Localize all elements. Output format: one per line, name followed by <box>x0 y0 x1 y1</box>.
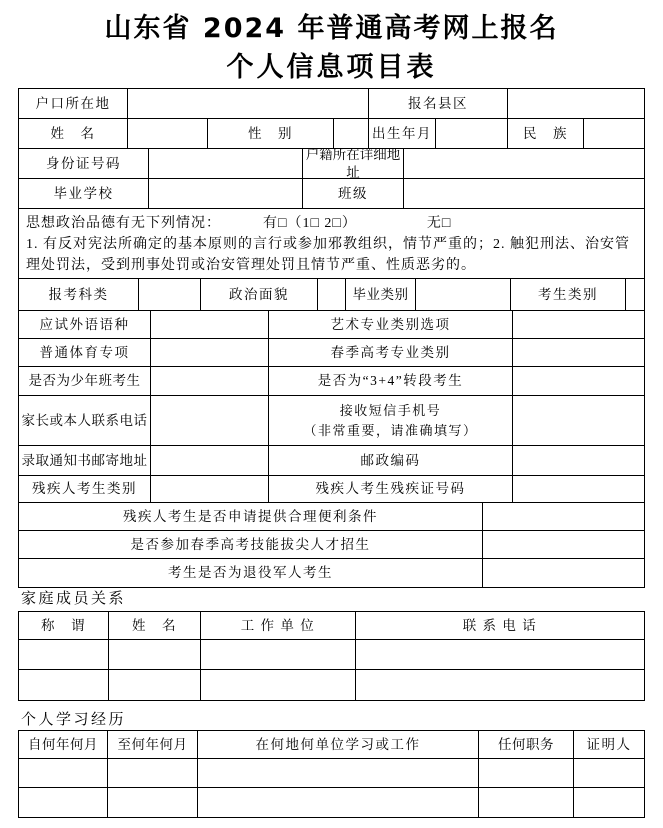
row-sports-specialty: 普通体育专项 春季高考专业类别 <box>19 339 644 367</box>
input-disability-cert-number[interactable] <box>513 476 644 502</box>
study-row <box>19 788 644 817</box>
input-sports-specialty[interactable] <box>151 339 269 366</box>
label-birth-date: 出生年月 <box>369 119 436 148</box>
label-youth-class: 是否为少年班考生 <box>19 367 151 395</box>
family-row <box>19 670 644 700</box>
input-three-plus-four[interactable] <box>513 367 644 395</box>
input-graduation-category[interactable] <box>416 279 511 310</box>
row-foreign-language: 应试外语语种 艺术专业类别选项 <box>19 311 644 339</box>
family-cell-relation[interactable] <box>19 640 109 669</box>
input-political-status[interactable] <box>318 279 346 310</box>
study-cell-position[interactable] <box>479 759 574 787</box>
family-members-table: 称 谓 姓 名 工 作 单 位 联 系 电 话 <box>18 611 645 701</box>
input-hukou-location[interactable] <box>128 89 369 118</box>
label-contact-phone: 家长或本人联系电话 <box>19 396 151 445</box>
study-header-position: 任何职务 <box>479 731 574 758</box>
family-header-phone: 联 系 电 话 <box>356 612 644 639</box>
family-header-workplace: 工 作 单 位 <box>201 612 356 639</box>
row-disability-category: 残疾人考生类别 残疾人考生残疾证号码 <box>19 476 644 503</box>
input-birth-date[interactable] <box>436 119 508 148</box>
label-sms-phone: 接收短信手机号 （非常重要，请准确填写） <box>269 396 513 445</box>
input-name[interactable] <box>128 119 208 148</box>
form-page: 山东省 2024 年普通高考网上报名 个人信息项目表 户口所在地 报名县区 姓 … <box>0 0 663 828</box>
main-info-table: 户口所在地 报名县区 姓 名 性 别 出生年月 民 族 身份证号码 户籍所在详细… <box>18 88 645 588</box>
study-cell-reference[interactable] <box>574 788 644 817</box>
input-sms-phone[interactable] <box>513 396 644 445</box>
study-cell-from[interactable] <box>19 788 108 817</box>
input-spring-exam-major[interactable] <box>513 339 644 366</box>
input-art-category[interactable] <box>513 311 644 338</box>
input-ethnicity[interactable] <box>584 119 644 148</box>
row-id-number: 身份证号码 户籍所在详细地址 <box>19 149 644 179</box>
row-political-morality: 思想政治品德有无下列情况：有□（1□ 2□）无□ 1. 有反对宪法所确定的基本原… <box>19 209 644 279</box>
label-three-plus-four: 是否为“3+4”转段考生 <box>269 367 513 395</box>
family-cell-phone[interactable] <box>356 670 644 700</box>
label-name: 姓 名 <box>19 119 128 148</box>
input-class[interactable] <box>404 179 644 208</box>
form-title-line1: 山东省 2024 年普通高考网上报名 <box>0 6 663 45</box>
label-disability-cert-number: 残疾人考生残疾证号码 <box>269 476 513 502</box>
row-categories: 报考科类 政治面貌 毕业类别 考生类别 <box>19 279 644 311</box>
input-household-address[interactable] <box>404 149 644 178</box>
row-veteran: 考生是否为退役军人考生 <box>19 559 644 587</box>
label-art-category: 艺术专业类别选项 <box>269 311 513 338</box>
political-checkbox-has[interactable]: 有□（1□ 2□） <box>263 216 357 231</box>
label-class: 班级 <box>303 179 404 208</box>
input-subject-category[interactable] <box>139 279 201 310</box>
family-header-relation: 称 谓 <box>19 612 109 639</box>
study-header-to: 至何年何月 <box>108 731 198 758</box>
political-prompt: 思想政治品德有无下列情况： <box>26 216 221 231</box>
study-cell-to[interactable] <box>108 788 198 817</box>
input-skill-talent-recruitment[interactable] <box>483 531 644 558</box>
label-ethnicity: 民 族 <box>508 119 584 148</box>
input-youth-class[interactable] <box>151 367 269 395</box>
political-note: 1. 有反对宪法所确定的基本原则的言行或参加邪教组织，情节严重的；2. 触犯刑法… <box>26 234 637 276</box>
input-disability-category[interactable] <box>151 476 269 502</box>
study-row <box>19 759 644 788</box>
row-convenience-request: 残疾人考生是否申请提供合理便利条件 <box>19 503 644 531</box>
label-graduation-category: 毕业类别 <box>346 279 416 310</box>
input-postal-code[interactable] <box>513 446 644 475</box>
study-cell-place[interactable] <box>198 788 479 817</box>
input-contact-phone[interactable] <box>151 396 269 445</box>
input-id-number[interactable] <box>149 149 303 178</box>
row-name: 姓 名 性 别 出生年月 民 族 <box>19 119 644 149</box>
label-sms-phone-line1: 接收短信手机号 <box>340 401 442 421</box>
label-hukou-location: 户口所在地 <box>19 89 128 118</box>
study-cell-to[interactable] <box>108 759 198 787</box>
family-cell-workplace[interactable] <box>201 670 356 700</box>
label-spring-exam-major: 春季高考专业类别 <box>269 339 513 366</box>
label-graduate-school: 毕业学校 <box>19 179 149 208</box>
label-mailing-address: 录取通知书邮寄地址 <box>19 446 151 475</box>
family-header-row: 称 谓 姓 名 工 作 单 位 联 系 电 话 <box>19 612 644 640</box>
input-gender[interactable] <box>334 119 369 148</box>
family-cell-relation[interactable] <box>19 670 109 700</box>
study-header-place: 在何地何单位学习或工作 <box>198 731 479 758</box>
label-convenience-request: 残疾人考生是否申请提供合理便利条件 <box>19 503 483 530</box>
input-candidate-category[interactable] <box>626 279 644 310</box>
row-contact-phone: 家长或本人联系电话 接收短信手机号 （非常重要，请准确填写） <box>19 396 644 446</box>
input-convenience-request[interactable] <box>483 503 644 530</box>
study-header-row: 自何年何月 至何年何月 在何地何单位学习或工作 任何职务 证明人 <box>19 731 644 759</box>
label-disability-category: 残疾人考生类别 <box>19 476 151 502</box>
label-id-number: 身份证号码 <box>19 149 149 178</box>
label-veteran-candidate: 考生是否为退役军人考生 <box>19 559 483 587</box>
input-registration-county[interactable] <box>508 89 644 118</box>
study-cell-position[interactable] <box>479 788 574 817</box>
label-sports-specialty: 普通体育专项 <box>19 339 151 366</box>
input-mailing-address[interactable] <box>151 446 269 475</box>
row-skill-talent: 是否参加春季高考技能拔尖人才招生 <box>19 531 644 559</box>
input-graduate-school[interactable] <box>149 179 303 208</box>
label-registration-county: 报名县区 <box>369 89 508 118</box>
row-hukou: 户口所在地 报名县区 <box>19 89 644 119</box>
study-header-reference: 证明人 <box>574 731 644 758</box>
label-gender: 性 别 <box>208 119 334 148</box>
input-veteran-candidate[interactable] <box>483 559 644 587</box>
label-postal-code: 邮政编码 <box>269 446 513 475</box>
form-title-line2: 个人信息项目表 <box>0 45 663 84</box>
family-cell-name[interactable] <box>109 670 201 700</box>
row-mailing-address: 录取通知书邮寄地址 邮政编码 <box>19 446 644 476</box>
political-morality-section: 思想政治品德有无下列情况：有□（1□ 2□）无□ 1. 有反对宪法所确定的基本原… <box>19 209 644 278</box>
study-history-table: 自何年何月 至何年何月 在何地何单位学习或工作 任何职务 证明人 <box>18 730 645 818</box>
row-graduate-school: 毕业学校 班级 <box>19 179 644 209</box>
label-candidate-category: 考生类别 <box>511 279 626 310</box>
label-household-address: 户籍所在详细地址 <box>303 149 404 178</box>
label-foreign-language: 应试外语语种 <box>19 311 151 338</box>
study-header-from: 自何年何月 <box>19 731 108 758</box>
family-row <box>19 640 644 670</box>
study-section-heading: 个人学习经历 <box>21 708 126 729</box>
family-cell-name[interactable] <box>109 640 201 669</box>
family-cell-workplace[interactable] <box>201 640 356 669</box>
input-foreign-language[interactable] <box>151 311 269 338</box>
study-cell-place[interactable] <box>198 759 479 787</box>
label-subject-category: 报考科类 <box>19 279 139 310</box>
label-skill-talent-recruitment: 是否参加春季高考技能拔尖人才招生 <box>19 531 483 558</box>
family-cell-phone[interactable] <box>356 640 644 669</box>
label-sms-phone-line2: （非常重要，请准确填写） <box>303 421 477 441</box>
study-cell-reference[interactable] <box>574 759 644 787</box>
family-section-heading: 家庭成员关系 <box>21 587 126 608</box>
political-checkbox-none[interactable]: 无□ <box>427 216 451 231</box>
row-youth-class: 是否为少年班考生 是否为“3+4”转段考生 <box>19 367 644 396</box>
family-header-name: 姓 名 <box>109 612 201 639</box>
study-cell-from[interactable] <box>19 759 108 787</box>
label-political-status: 政治面貌 <box>201 279 318 310</box>
